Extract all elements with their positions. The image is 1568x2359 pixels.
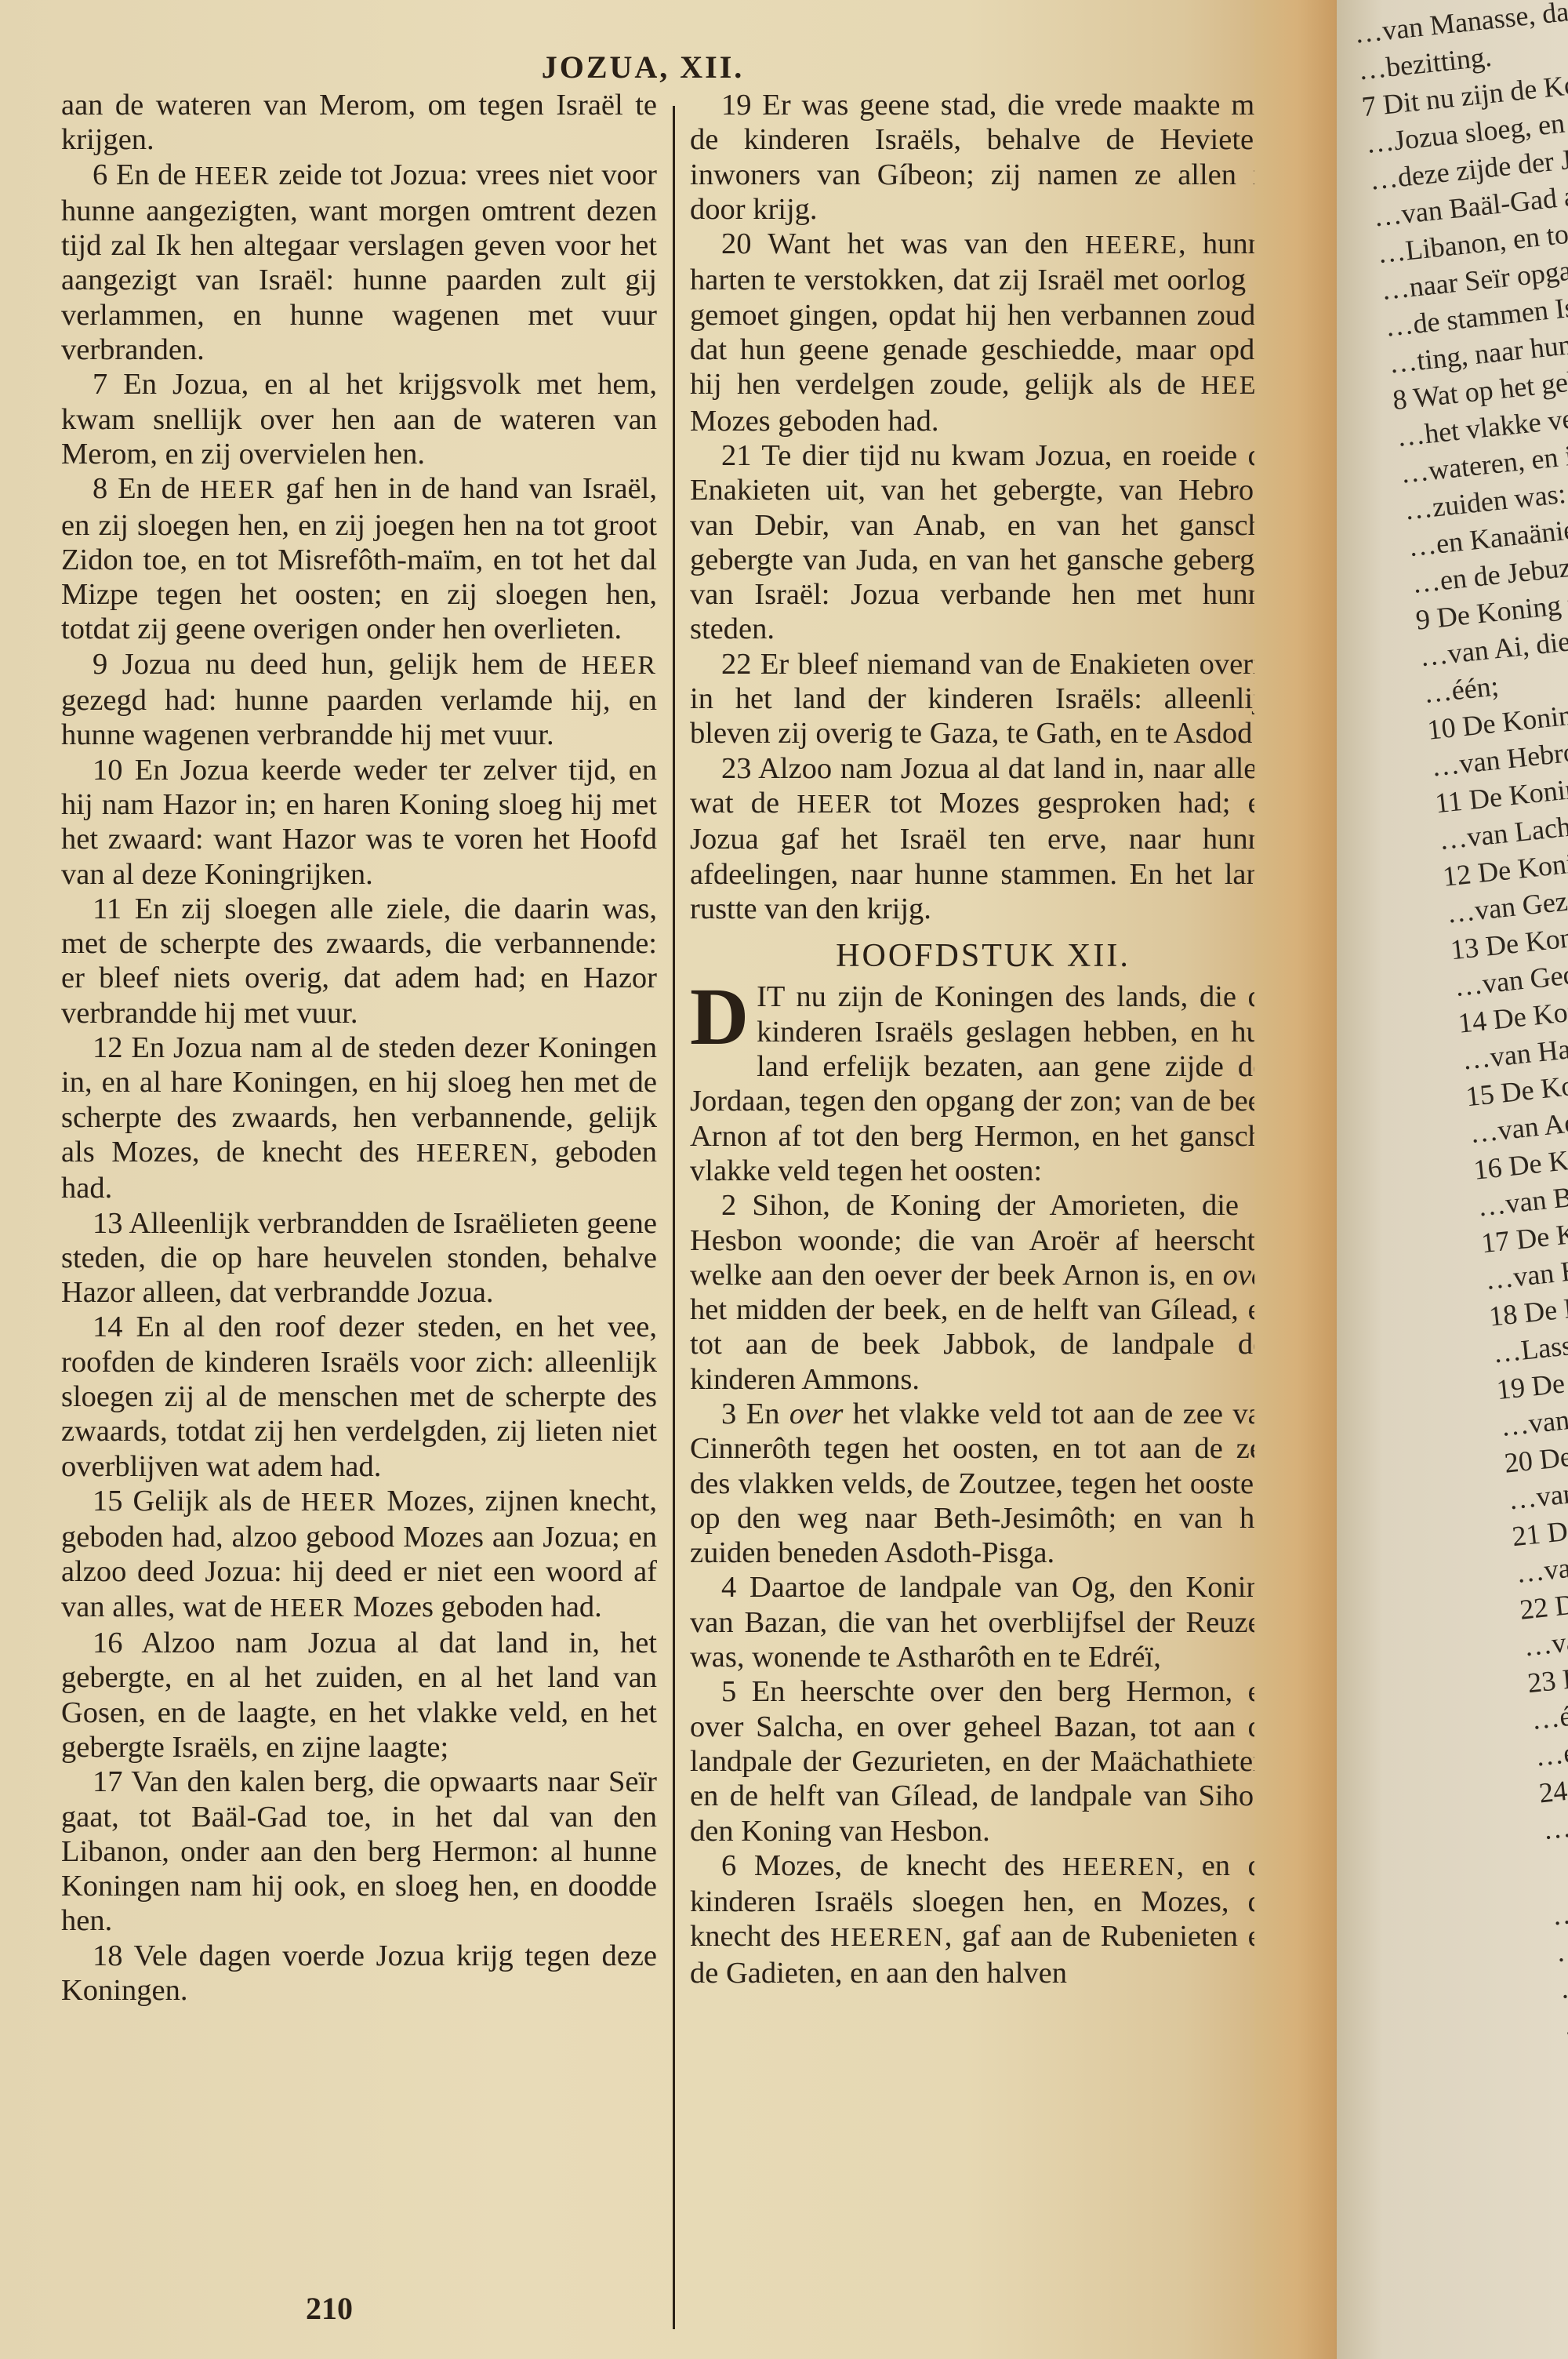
left-column: aan de wateren van Merom, om tegen Israë…	[61, 88, 657, 2008]
verses-chapter-12: 2 Sihon, de Koning der Amorieten, die te…	[690, 1188, 1276, 1990]
verse: 20 Want het was van den HEERE, hunne har…	[690, 227, 1276, 438]
verse: 3 En over het vlakke veld tot aan de zee…	[690, 1397, 1276, 1570]
divine-name-smallcaps: HEER	[797, 790, 872, 819]
verse-text: het midden der beek, en de helft van Gíl…	[690, 1293, 1276, 1396]
chapter-opening: D IT nu zijn de Koningen des lands, die …	[690, 980, 1276, 1188]
verse-text: gezegd had: hunne paarden verlamde hij, …	[61, 684, 657, 751]
verse: 23 Alzoo nam Jozua al dat land in, naar …	[690, 751, 1276, 926]
chapter-opening-text: IT nu zijn de Koningen des lands, die de…	[690, 980, 1276, 1187]
verse: 15 Gelijk als de HEER Mozes, zijnen knec…	[61, 1484, 657, 1626]
verse: 11 En zij sloegen alle ziele, die daarin…	[61, 892, 657, 1030]
verse: 12 En Jozua nam al de steden dezer Konin…	[61, 1030, 657, 1205]
verse-text: 8 En de	[93, 472, 200, 505]
divine-name-smallcaps: HEER	[194, 162, 270, 191]
verse: 19 Er was geene stad, die vrede maakte m…	[690, 88, 1276, 227]
verse-text: Mozes geboden had.	[346, 1590, 602, 1623]
verse: 10 En Jozua keerde weder ter zelver tijd…	[61, 753, 657, 892]
verse-text: Mozes geboden had.	[690, 405, 939, 438]
right-column: 19 Er was geene stad, die vrede maakte m…	[690, 88, 1276, 1990]
drop-cap: D	[690, 984, 749, 1050]
divine-name-smallcaps: HEEREN	[830, 1923, 945, 1952]
divine-name-smallcaps: HEERE	[1085, 231, 1178, 260]
book-page-left: JOZUA, XII. aan de wateren van Merom, om…	[0, 0, 1286, 2359]
verse-text: 15 Gelijk als de	[93, 1485, 301, 1518]
verse: 5 En heerschte over den berg Hermon, en …	[690, 1674, 1276, 1848]
divine-name-smallcaps: HEEREN	[1062, 1852, 1177, 1881]
running-head: JOZUA, XII.	[0, 49, 1286, 85]
column-divider	[673, 106, 675, 2329]
italic-word: over	[789, 1398, 843, 1430]
verse: 9 Jozua nu deed hun, gelijk hem de HEER …	[61, 647, 657, 753]
verse: 6 Mozes, de knecht des HEEREN, en de kin…	[690, 1848, 1276, 1990]
divine-name-smallcaps: HEER	[582, 651, 657, 680]
divine-name-smallcaps: HEER	[200, 475, 275, 504]
verse: 18 Vele dagen voerde Jozua krijg tegen d…	[61, 1939, 657, 2008]
verse: 21 Te dier tijd nu kwam Jozua, en roeide…	[690, 438, 1276, 647]
facing-line: …A nu was oud, wel bedaagd	[1550, 1855, 1568, 1934]
verse-text: 9 Jozua nu deed hun, gelijk hem de	[93, 648, 582, 681]
verse: 2 Sihon, de Koning der Amorieten, die te…	[690, 1188, 1276, 1397]
facing-page-text: …van Manasse, dat land tot…bezitting.7 D…	[1352, 0, 1568, 2191]
chapter-title: HOOFDSTUK XII.	[690, 939, 1276, 973]
book-gutter	[1254, 0, 1348, 2359]
book-page-right-facing: …van Manasse, dat land tot…bezitting.7 D…	[1337, 0, 1568, 2359]
divine-name-smallcaps: HEEREN	[416, 1139, 531, 1168]
verse-text: 20 Want het was van den	[721, 227, 1085, 260]
divine-name-smallcaps: HEER	[301, 1488, 376, 1517]
divine-name-smallcaps: HEER	[270, 1594, 345, 1623]
verse: 8 En de HEER gaf hen in de hand van Isra…	[61, 471, 657, 646]
verse: 16 Alzoo nam Jozua al dat land in, het g…	[61, 1626, 657, 1765]
verse-continuation: aan de wateren van Merom, om tegen Israë…	[61, 88, 657, 158]
verse: 22 Er bleef niemand van de Enakieten ove…	[690, 647, 1276, 751]
verse: 4 Daartoe de landpale van Og, den Koning…	[690, 1570, 1276, 1674]
verse: 13 Alleenlijk verbrandden de Israëlieten…	[61, 1206, 657, 1310]
verse-text: 6 Mozes, de knecht des	[721, 1849, 1062, 1882]
verse: 14 En al den roof dezer steden, en het v…	[61, 1310, 657, 1483]
verse-text: 2 Sihon, de Koning der Amorieten, die te…	[690, 1189, 1276, 1292]
verses-chapter-11-end: 19 Er was geene stad, die vrede maakte m…	[690, 88, 1276, 926]
verse: 17 Van den kalen berg, die opwaarts naar…	[61, 1765, 657, 1938]
verse: 6 En de HEER zeide tot Jozua: vrees niet…	[61, 158, 657, 368]
verse-text: 6 En de	[93, 158, 194, 191]
verse: 7 En Jozua, en al het krijgsvolk met hem…	[61, 367, 657, 471]
verse-text: 3 En	[721, 1398, 789, 1430]
page-number: 210	[0, 2290, 659, 2327]
